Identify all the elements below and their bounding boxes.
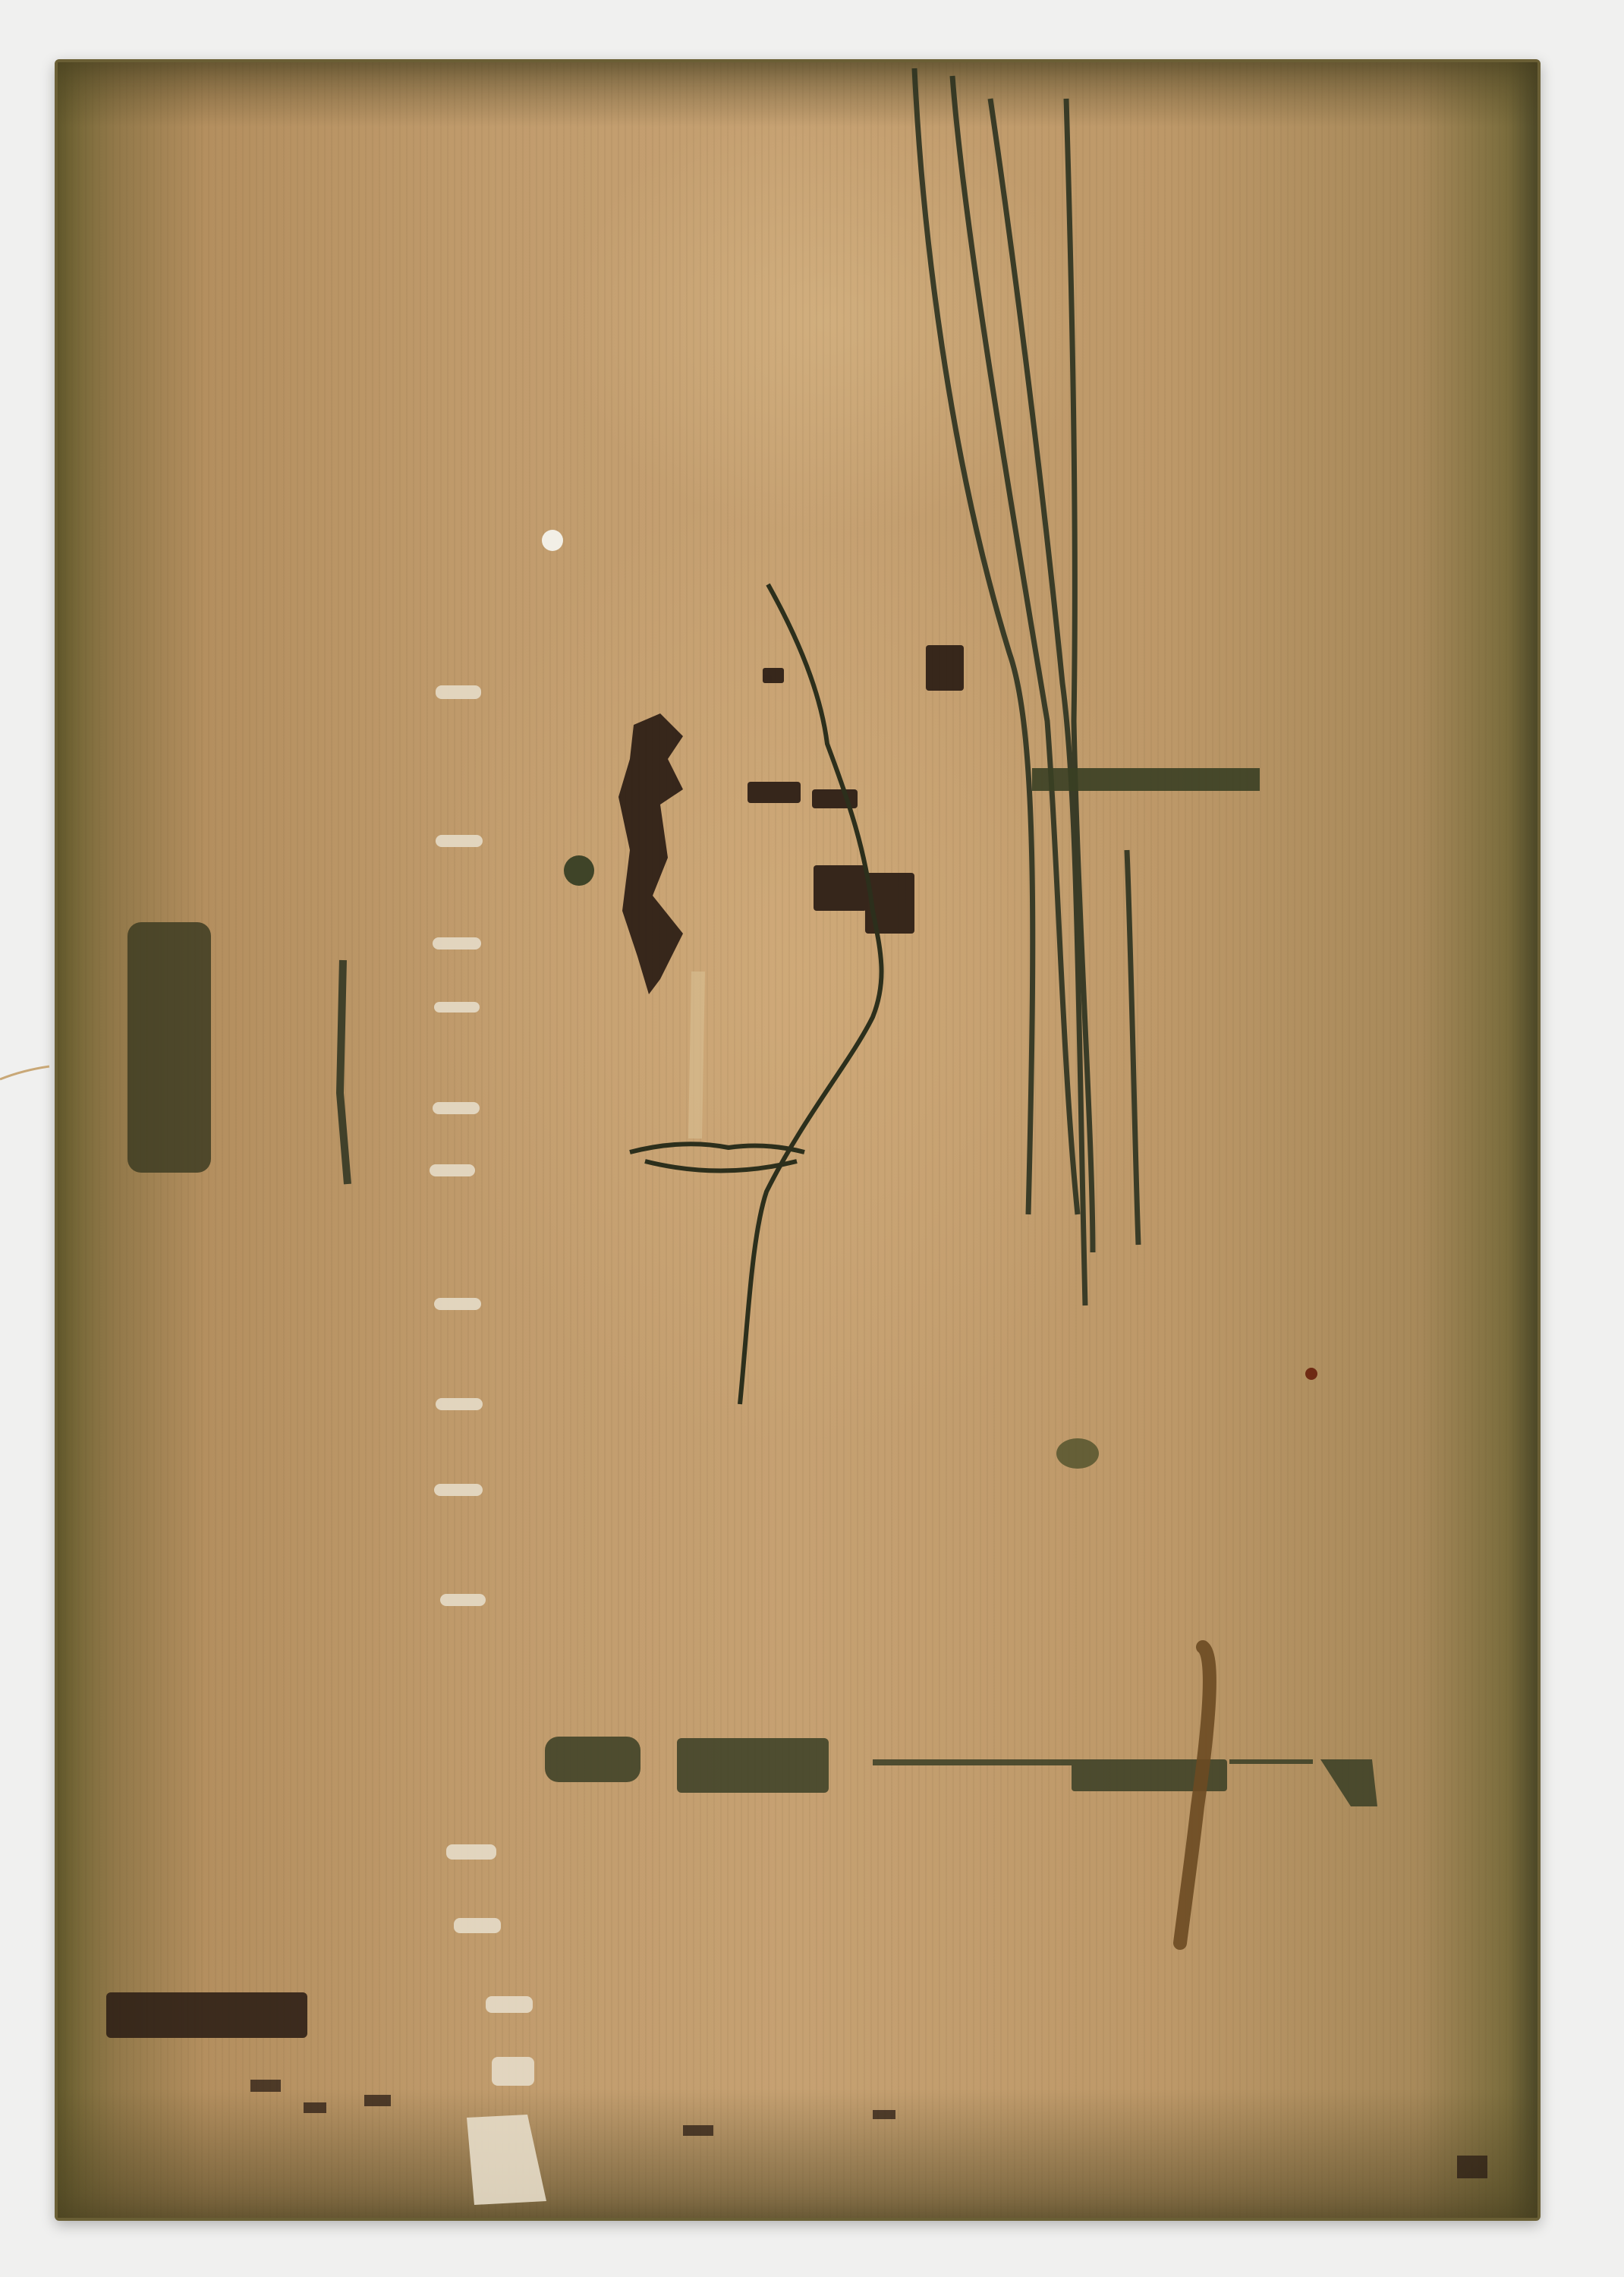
left-vertical-stroke <box>340 960 348 1184</box>
hanging-string <box>0 1066 49 1079</box>
red-dot <box>1305 1368 1317 1380</box>
cream-dashes <box>430 685 546 2205</box>
painting-marks <box>0 0 1624 2277</box>
olive-circle-mark <box>564 855 594 886</box>
face-contour-line <box>740 584 882 1404</box>
dark-face-marks <box>618 645 964 994</box>
horizontal-band-upper <box>1032 768 1260 791</box>
nose-line <box>695 972 698 1138</box>
olive-block-left <box>127 922 211 1173</box>
rust-drip <box>1180 1647 1210 1943</box>
lower-specks <box>250 2080 1487 2178</box>
lips-mark <box>630 1144 804 1170</box>
lower-horizontal-marks <box>545 1737 1377 1806</box>
white-spot <box>542 530 563 551</box>
olive-blob <box>1056 1438 1099 1469</box>
dark-block-lower-left <box>106 1992 307 2038</box>
